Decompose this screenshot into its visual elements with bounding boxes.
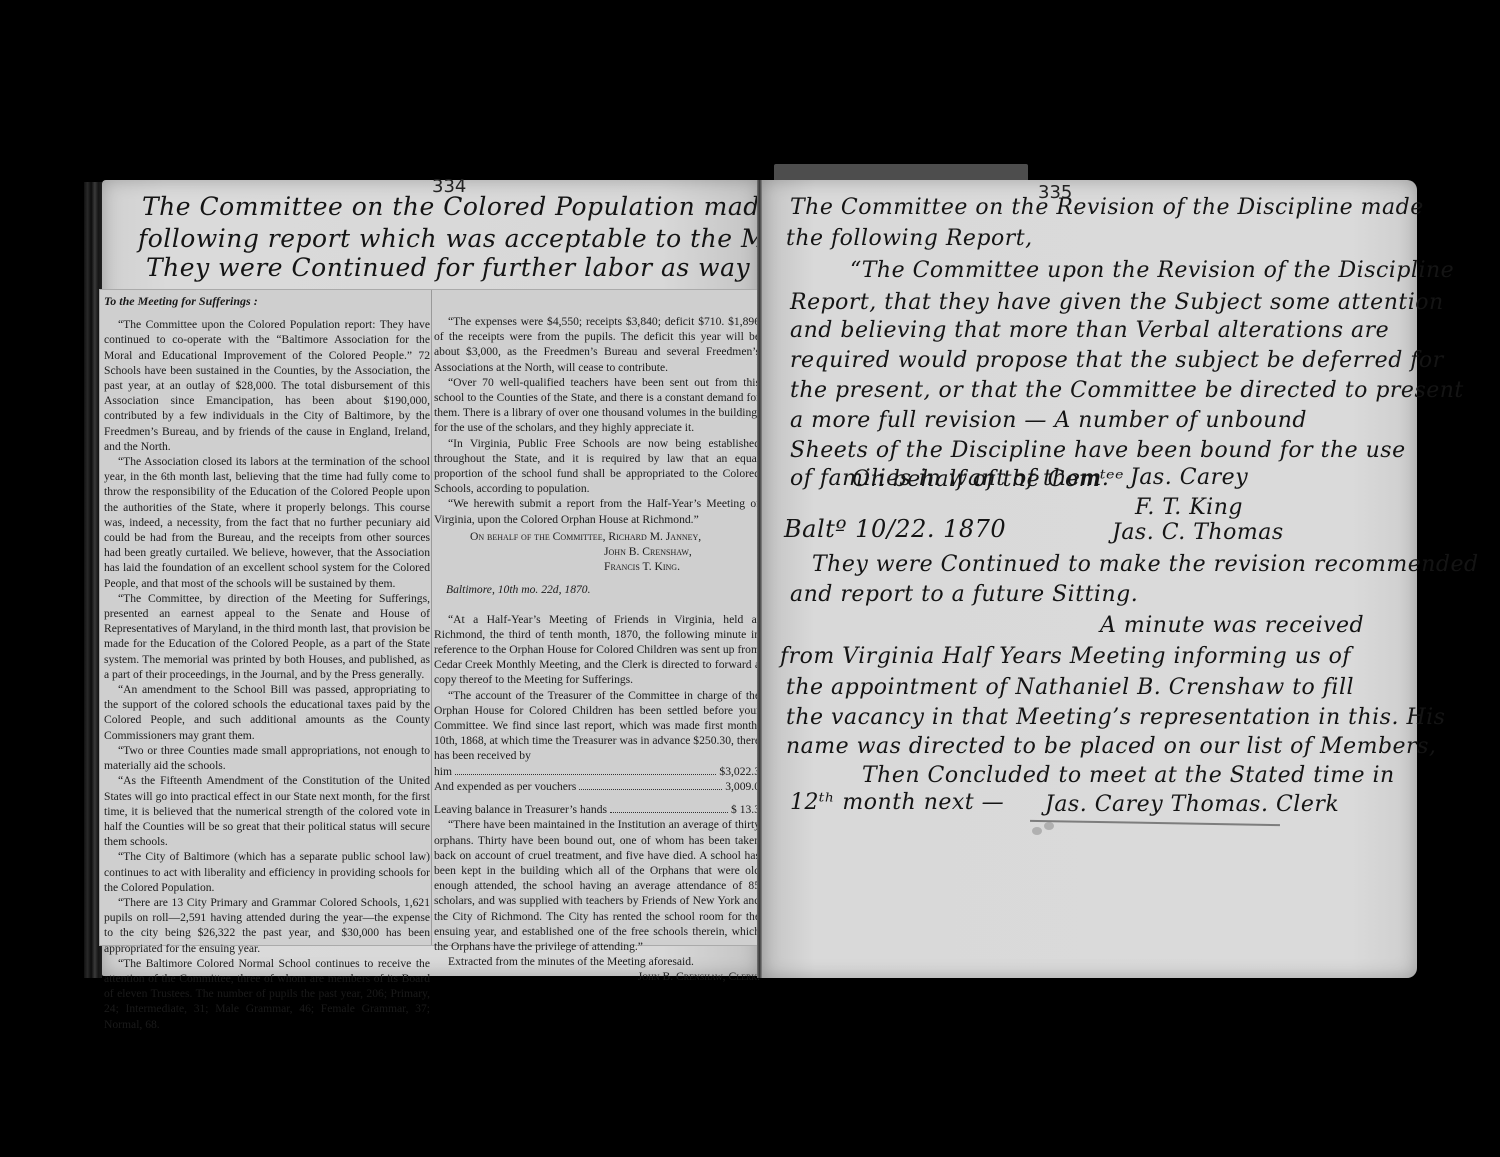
extract-note: Extracted from the minutes of the Meetin… — [434, 954, 760, 969]
committee-behalf-line: On behalf of the Comᵗᵉᵉ — [852, 467, 1124, 492]
handwritten-line: A minute was received — [1100, 613, 1364, 638]
handwritten-line: Report, that they have given the Subject… — [790, 290, 1444, 315]
clipping-paragraph: “There are 13 City Primary and Grammar C… — [104, 895, 430, 956]
clipping-paragraph: “The Committee, by direction of the Meet… — [104, 591, 430, 682]
signature-thomas: Jas. C. Thomas — [1112, 520, 1284, 545]
newspaper-clipping: To the Meeting for Sufferings : “The Com… — [100, 290, 765, 945]
handwritten-line: the appointment of Nathaniel B. Crenshaw… — [786, 675, 1354, 700]
clipping-paragraph: “The expenses were $4,550; receipts $3,8… — [434, 314, 760, 375]
ledger-amount: $3,022.3 — [719, 764, 760, 779]
handwritten-line: following report which was acceptable to… — [138, 224, 858, 253]
clerk-signature: John B. Crenshaw, Clerk. — [434, 969, 760, 984]
clipping-paragraph: “The Baltimore Colored Normal School con… — [104, 956, 430, 1032]
clipping-paragraph: “The Association closed its labors at th… — [104, 454, 430, 591]
handwritten-line: the present, or that the Committee be di… — [790, 378, 1464, 403]
handwritten-line: The Committee on the Revision of the Dis… — [790, 195, 1424, 220]
handwritten-line: required would propose that the subject … — [790, 348, 1444, 373]
clipping-paragraph: “In Virginia, Public Free Schools are no… — [434, 436, 760, 497]
ledger-row: him$3,022.3 — [434, 764, 760, 779]
handwritten-line: name was directed to be placed on our li… — [786, 734, 1436, 759]
clerk-signature-handwritten: Jas. Carey Thomas. Clerk — [1045, 792, 1339, 817]
committee-signatures: On behalf of the Committee, Richard M. J… — [434, 529, 760, 575]
clipping-paragraph: “Two or three Counties made small approp… — [104, 743, 430, 773]
clipping-paragraph: “An amendment to the School Bill was pas… — [104, 682, 430, 743]
handwritten-line: and report to a future Sitting. — [790, 582, 1138, 607]
signature-lead: On behalf of the Committee, — [470, 530, 605, 543]
handwritten-line: Then Concluded to meet at the Stated tim… — [862, 763, 1395, 788]
clipping-paragraph: “At a Half-Year’s Meeting of Friends in … — [434, 612, 760, 688]
ledger-row: And expended as per vouchers3,009.0 — [434, 779, 760, 794]
signature-king: F. T. King — [1135, 495, 1243, 520]
ledger-label: him — [434, 764, 452, 779]
signature-carey: Jas. Carey — [1130, 465, 1248, 490]
handwritten-line: and believing that more than Verbal alte… — [790, 318, 1389, 343]
clipping-paragraph: “The City of Baltimore (which has a sepa… — [104, 849, 430, 895]
handwritten-line: “The Committee upon the Revision of the … — [850, 258, 1454, 283]
ink-smudge — [1044, 822, 1054, 830]
clipping-column-a: To the Meeting for Sufferings : “The Com… — [104, 290, 430, 1032]
signatory: Francis T. King. — [434, 559, 760, 574]
clipping-heading: To the Meeting for Sufferings : — [104, 294, 430, 309]
clipping-paragraph: “As the Fifteenth Amendment of the Const… — [104, 773, 430, 849]
handwritten-line: from Virginia Half Years Meeting informi… — [780, 644, 1351, 669]
ink-smudge — [1032, 827, 1042, 835]
handwritten-date: Baltº 10/22. 1870 — [784, 515, 1006, 543]
clipping-paragraph: “The account of the Treasurer of the Com… — [434, 688, 760, 764]
ledger-label: Leaving balance in Treasurer’s hands — [434, 802, 607, 817]
ledger-amount: $ 13.3 — [731, 802, 760, 817]
ledger-row: Leaving balance in Treasurer’s hands$ 13… — [434, 802, 760, 817]
handwritten-line: They were Continued to make the revision… — [812, 552, 1479, 577]
handwritten-line: Sheets of the Discipline have been bound… — [790, 438, 1406, 463]
ledger-label: And expended as per vouchers — [434, 779, 576, 794]
clipping-column-b: “The expenses were $4,550; receipts $3,8… — [434, 290, 760, 985]
clipping-paragraph: “We herewith submit a report from the Ha… — [434, 496, 760, 526]
handwritten-line: The Committee on the Colored Population … — [142, 192, 826, 221]
clipping-paragraph: “There have been maintained in the Insti… — [434, 817, 760, 954]
handwritten-line: a more full revision — A number of unbou… — [790, 408, 1307, 433]
handwritten-line: 12ᵗʰ month next — — [790, 790, 1004, 815]
ledger-amount: 3,009.0 — [725, 779, 760, 794]
column-divider — [431, 290, 432, 945]
handwritten-line: the following Report, — [786, 226, 1033, 251]
signatory: Richard M. Janney, — [608, 530, 701, 543]
handwritten-line: the vacancy in that Meeting’s representa… — [786, 705, 1445, 730]
clipping-paragraph: “Over 70 well-qualified teachers have be… — [434, 375, 760, 436]
signatory: John B. Crenshaw, — [434, 544, 760, 559]
clipping-date: Baltimore, 10th mo. 22d, 1870. — [434, 582, 760, 597]
clipping-paragraph: “The Committee upon the Colored Populati… — [104, 317, 430, 454]
